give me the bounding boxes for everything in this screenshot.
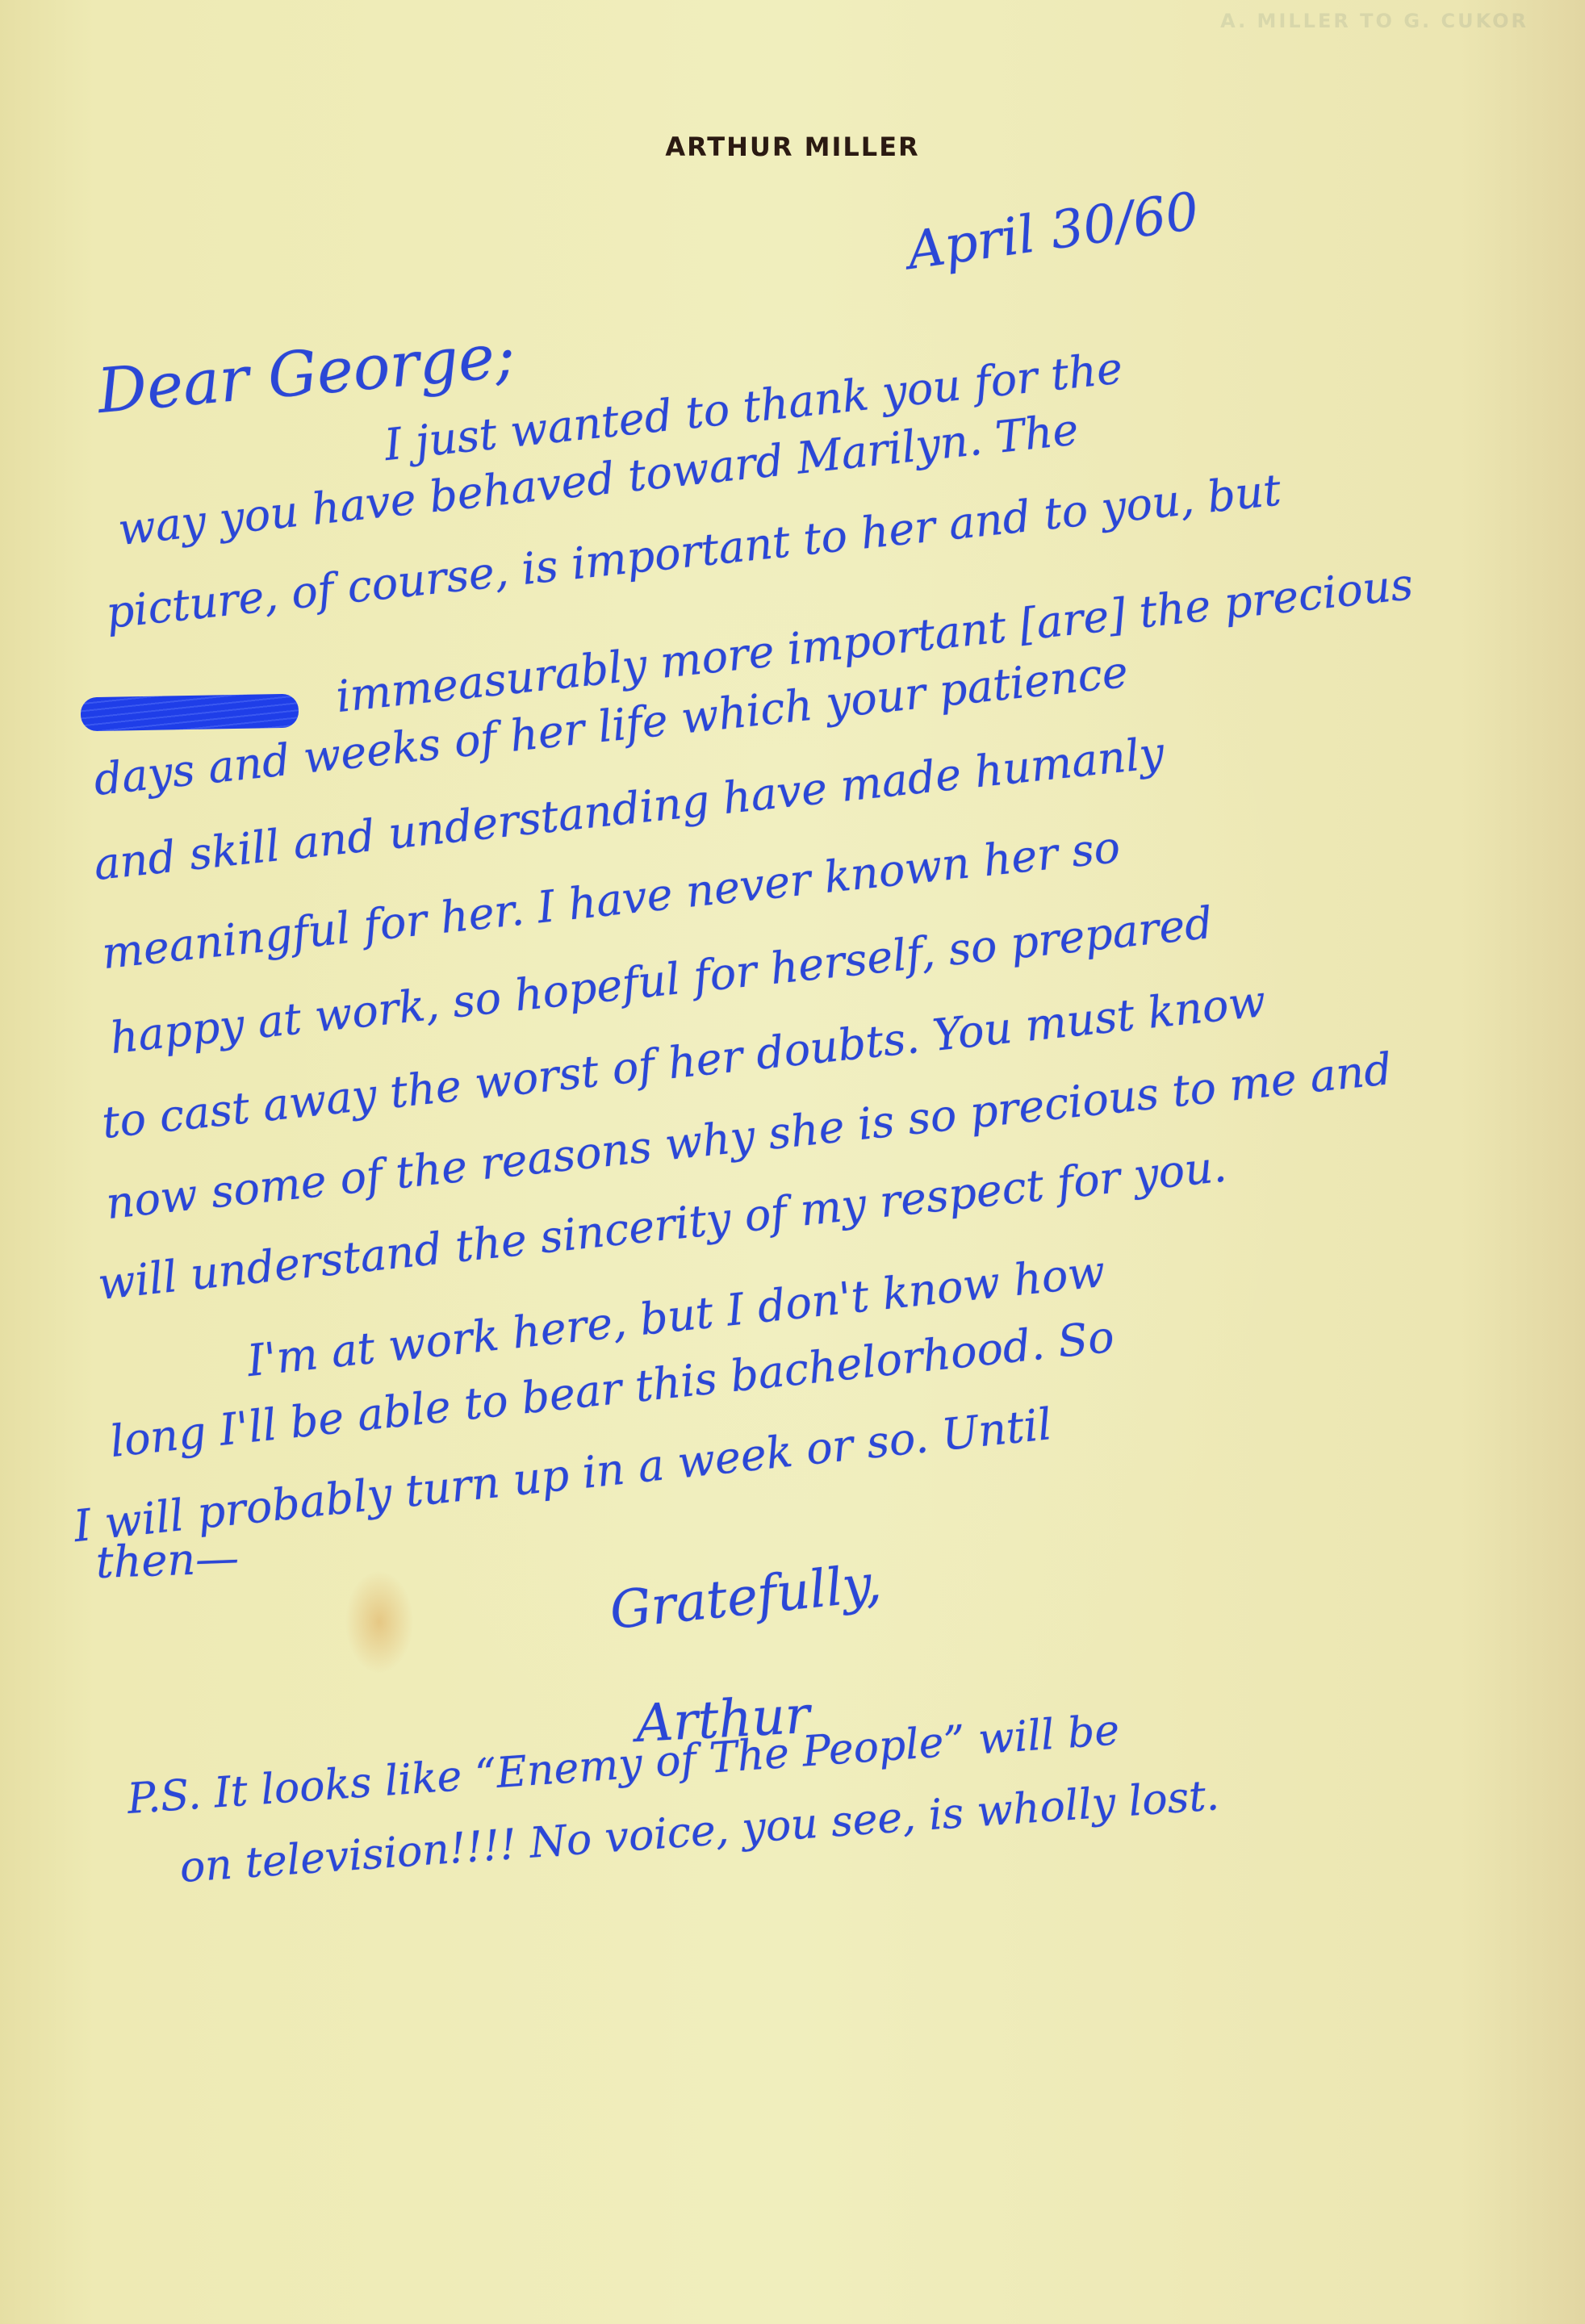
salutation: Dear George;: [94, 319, 518, 427]
body-line: then—: [95, 1532, 240, 1588]
letterhead: ARTHUR MILLER: [0, 132, 1585, 162]
letter-date: April 30/60: [904, 182, 1202, 282]
letter-page: A. MILLER TO G. CUKOR ARTHUR MILLER Apri…: [0, 0, 1585, 2324]
bleed-through-text: A. MILLER TO G. CUKOR: [1220, 10, 1529, 32]
crossed-out-scribble: [81, 694, 299, 732]
closing: Gratefully,: [607, 1553, 884, 1641]
